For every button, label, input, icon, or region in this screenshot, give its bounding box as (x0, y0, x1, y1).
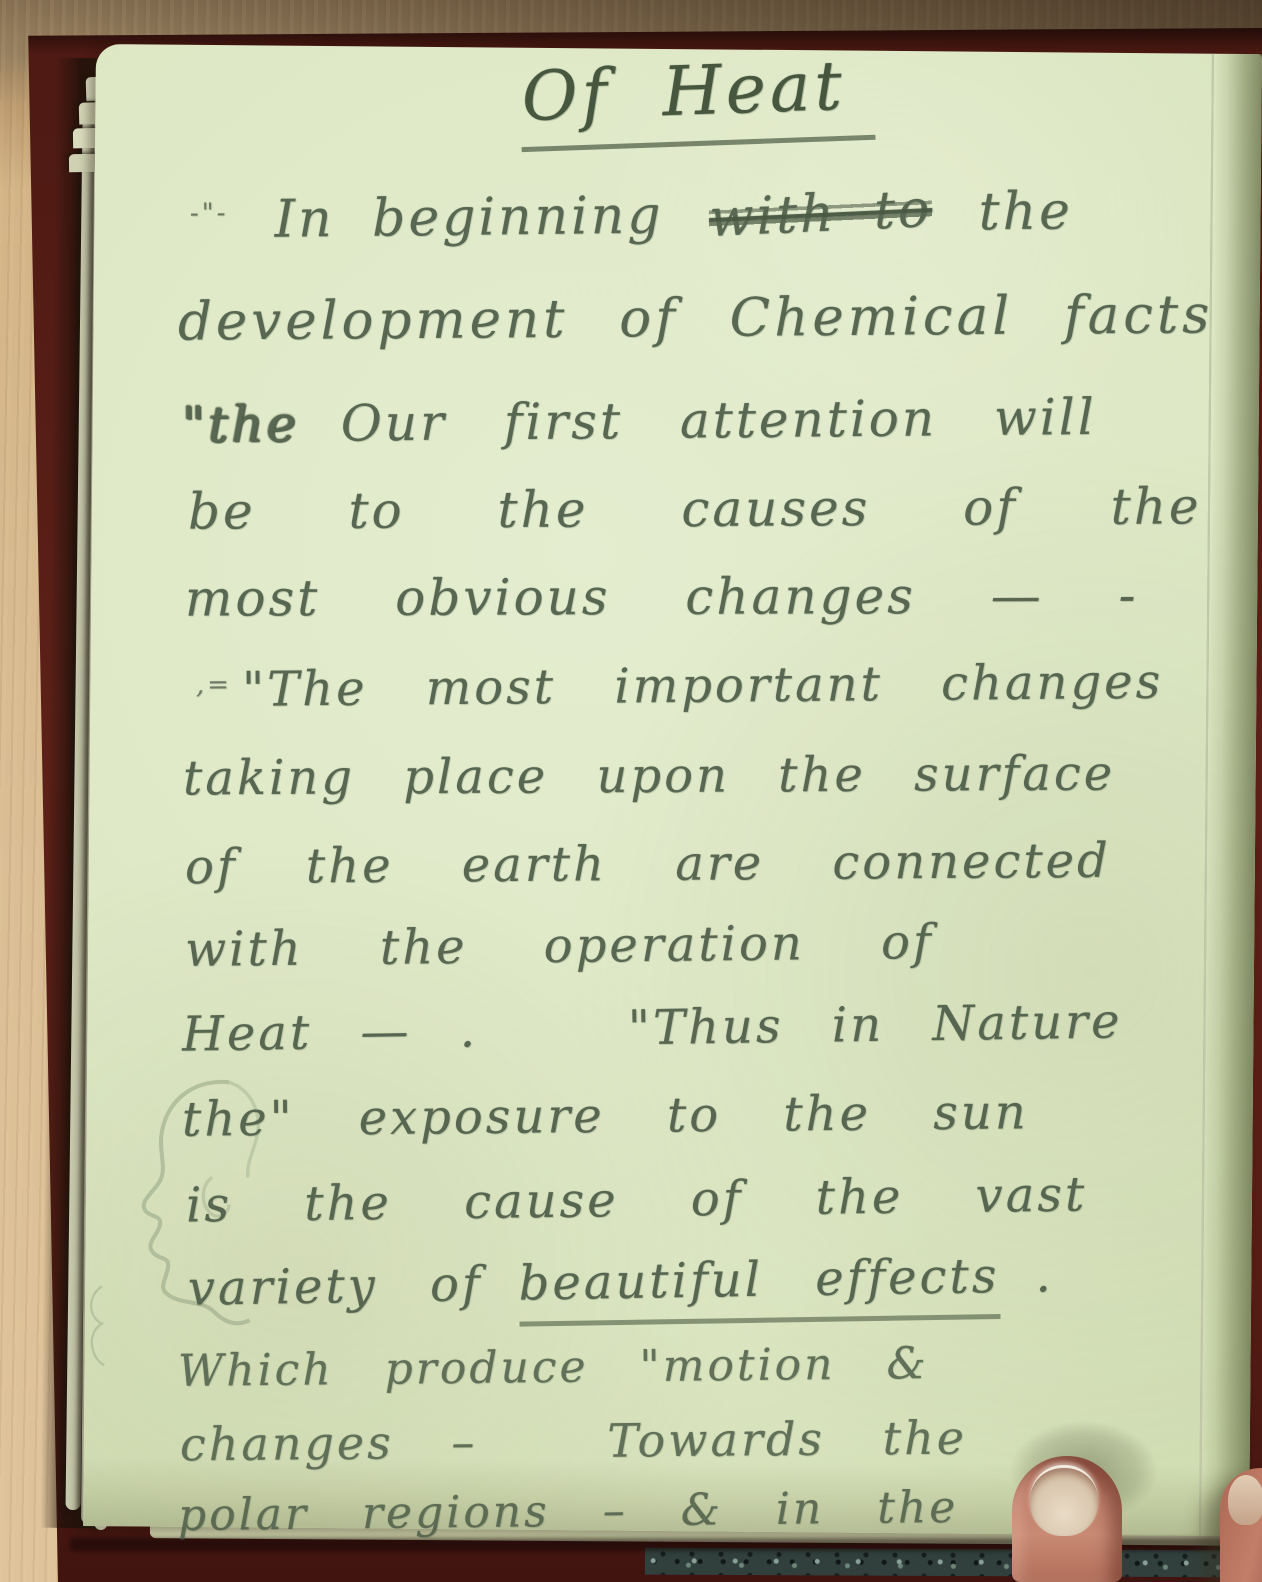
margin-mark: -"- (190, 198, 229, 228)
line-segment: taking place upon the surface (183, 746, 1116, 807)
fingernail (1030, 1465, 1098, 1536)
line-segment: changes – (180, 1415, 478, 1472)
line-segment: Towards the (607, 1411, 967, 1468)
manuscript-line: is the cause of the vast (186, 1166, 1088, 1233)
photo-scene: Of Heat -"- In beginning with to the dev… (0, 0, 1262, 1582)
manuscript-line: taking place upon the surface (183, 746, 1116, 807)
manuscript-line: be to the causes of the (188, 477, 1202, 540)
manuscript-line: changes – Towards the (180, 1411, 967, 1472)
manuscript-line: the" exposure to the sun (182, 1084, 1029, 1147)
line-segment: with the operation of (185, 914, 934, 978)
struck-out-words: with to (709, 179, 933, 249)
manuscript-line: variety of beautiful effects . (187, 1247, 1054, 1332)
line-segment: Our first attention will (341, 388, 1097, 453)
manuscript-line: most obvious changes — - (185, 566, 1139, 627)
manuscript-line: development of Chemical facts (178, 284, 1214, 352)
line-segment: Heat — . (182, 1002, 479, 1062)
manuscript-line: Which produce "motion & (178, 1338, 929, 1397)
line-segment: "The most important changes (242, 654, 1164, 718)
manuscript-line: -"- In beginning with to the (190, 181, 1073, 250)
underlined-phrase: beautiful effects (518, 1248, 1000, 1327)
line-segment: is the cause of the vast (186, 1166, 1088, 1233)
line-segment: In beginning (274, 186, 664, 250)
manuscript-line: polar regions – & in the (178, 1482, 959, 1541)
line-segment: . (1035, 1247, 1054, 1303)
line-segment: the" (182, 1091, 295, 1148)
manuscript-line: of the earth are connected (185, 833, 1111, 895)
manuscript-line: with the operation of (185, 914, 934, 978)
line-segment: variety of (187, 1256, 483, 1317)
manuscript-line: "the Our first attention will (182, 388, 1097, 454)
line-segment: be to the causes of the (188, 477, 1202, 540)
manuscript-text: Of Heat -"- In beginning with to the dev… (0, 0, 1262, 1582)
margin-mark: ,= (196, 670, 232, 700)
overwritten-word: "the (182, 395, 299, 454)
second-fingertip (1220, 1468, 1262, 1582)
line-segment: most obvious changes — - (185, 566, 1139, 627)
fingertip (1012, 1456, 1122, 1582)
line-segment: Which produce "motion & (178, 1338, 929, 1397)
line-segment: exposure to the sun (358, 1084, 1028, 1146)
line-segment: development of Chemical facts (178, 284, 1214, 352)
line-segment: polar regions – & in the (178, 1482, 959, 1541)
second-fingernail (1228, 1475, 1262, 1525)
manuscript-line: ,= "The most important changes (196, 654, 1164, 718)
line-segment: the (978, 181, 1073, 242)
line-segment: "Thus in Nature (628, 993, 1123, 1056)
page-title: Of Heat (518, 46, 875, 152)
manuscript-line: Heat — . "Thus in Nature (182, 993, 1123, 1062)
line-segment: of the earth are connected (185, 833, 1111, 895)
